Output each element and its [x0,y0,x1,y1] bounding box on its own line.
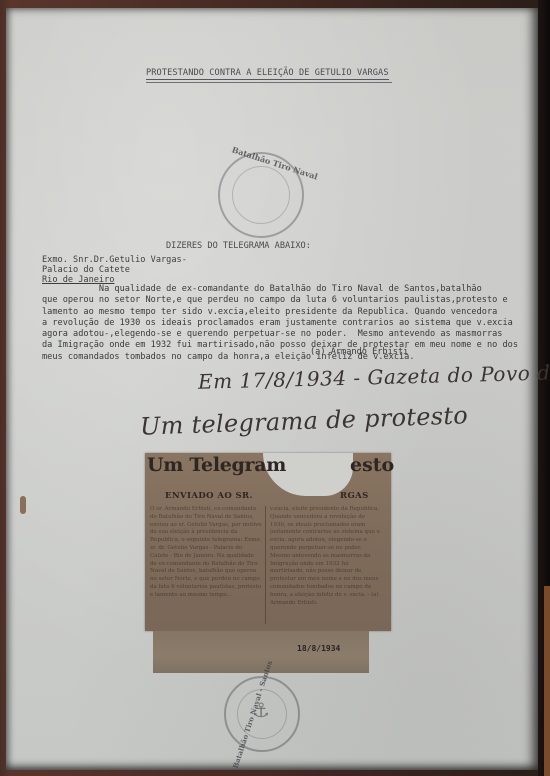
clipping-column-divider [265,506,266,624]
body-line: meus comandados tombados no campo da hon… [42,352,518,363]
body-line: agora adotou-,elegendo-se e querendo per… [42,329,518,340]
body-line: lamento ao mesmo tempo ter sido v.excia,… [42,307,518,318]
frame-wood-edge [544,586,550,776]
address-line: Palacio do Catete [42,265,187,275]
stain [20,496,26,514]
body-line: Na qualidade de ex-comandante do Batalhã… [42,284,518,295]
document-title: PROTESTANDO CONTRA A ELEIÇÃO DE GETULIO … [146,68,389,80]
clipping-subheadline-fragment: RGAS [340,491,369,501]
clipping-subheadline: ENVIADO AO SR. [165,491,253,501]
clipping-column-left: O sr. Armando Erbisti, ex-comandante do … [150,506,262,626]
title-underline [146,82,392,83]
anchor-icon: ⚓ [252,698,270,722]
signature: (a) Armando Erbisti [310,347,408,357]
telegram-body: Na qualidade de ex-comandante do Batalhã… [42,284,518,363]
clipping-headline: Um Telegram [147,454,286,476]
address-line: Exmo. Snr.Dr.Getulio Vargas- [42,255,187,265]
address-block: Exmo. Snr.Dr.Getulio Vargas- Palacio do … [42,255,187,285]
body-line: que operou no setor Norte,e que perdeu n… [42,295,518,306]
body-line: a revolução de 1930 os ideais proclamado… [42,318,518,329]
clipping-headline-fragment: esto [350,454,394,476]
telegram-heading: DIZERES DO TELEGRAMA ABAIXO: [166,241,311,251]
clipping-column-right: v.excia. eleito presidente da Republica.… [270,506,382,626]
body-line: da Imigração onde em 1932 fui martirisad… [42,340,518,351]
clipping-date-stamp: 18/8/1934 [297,644,340,653]
